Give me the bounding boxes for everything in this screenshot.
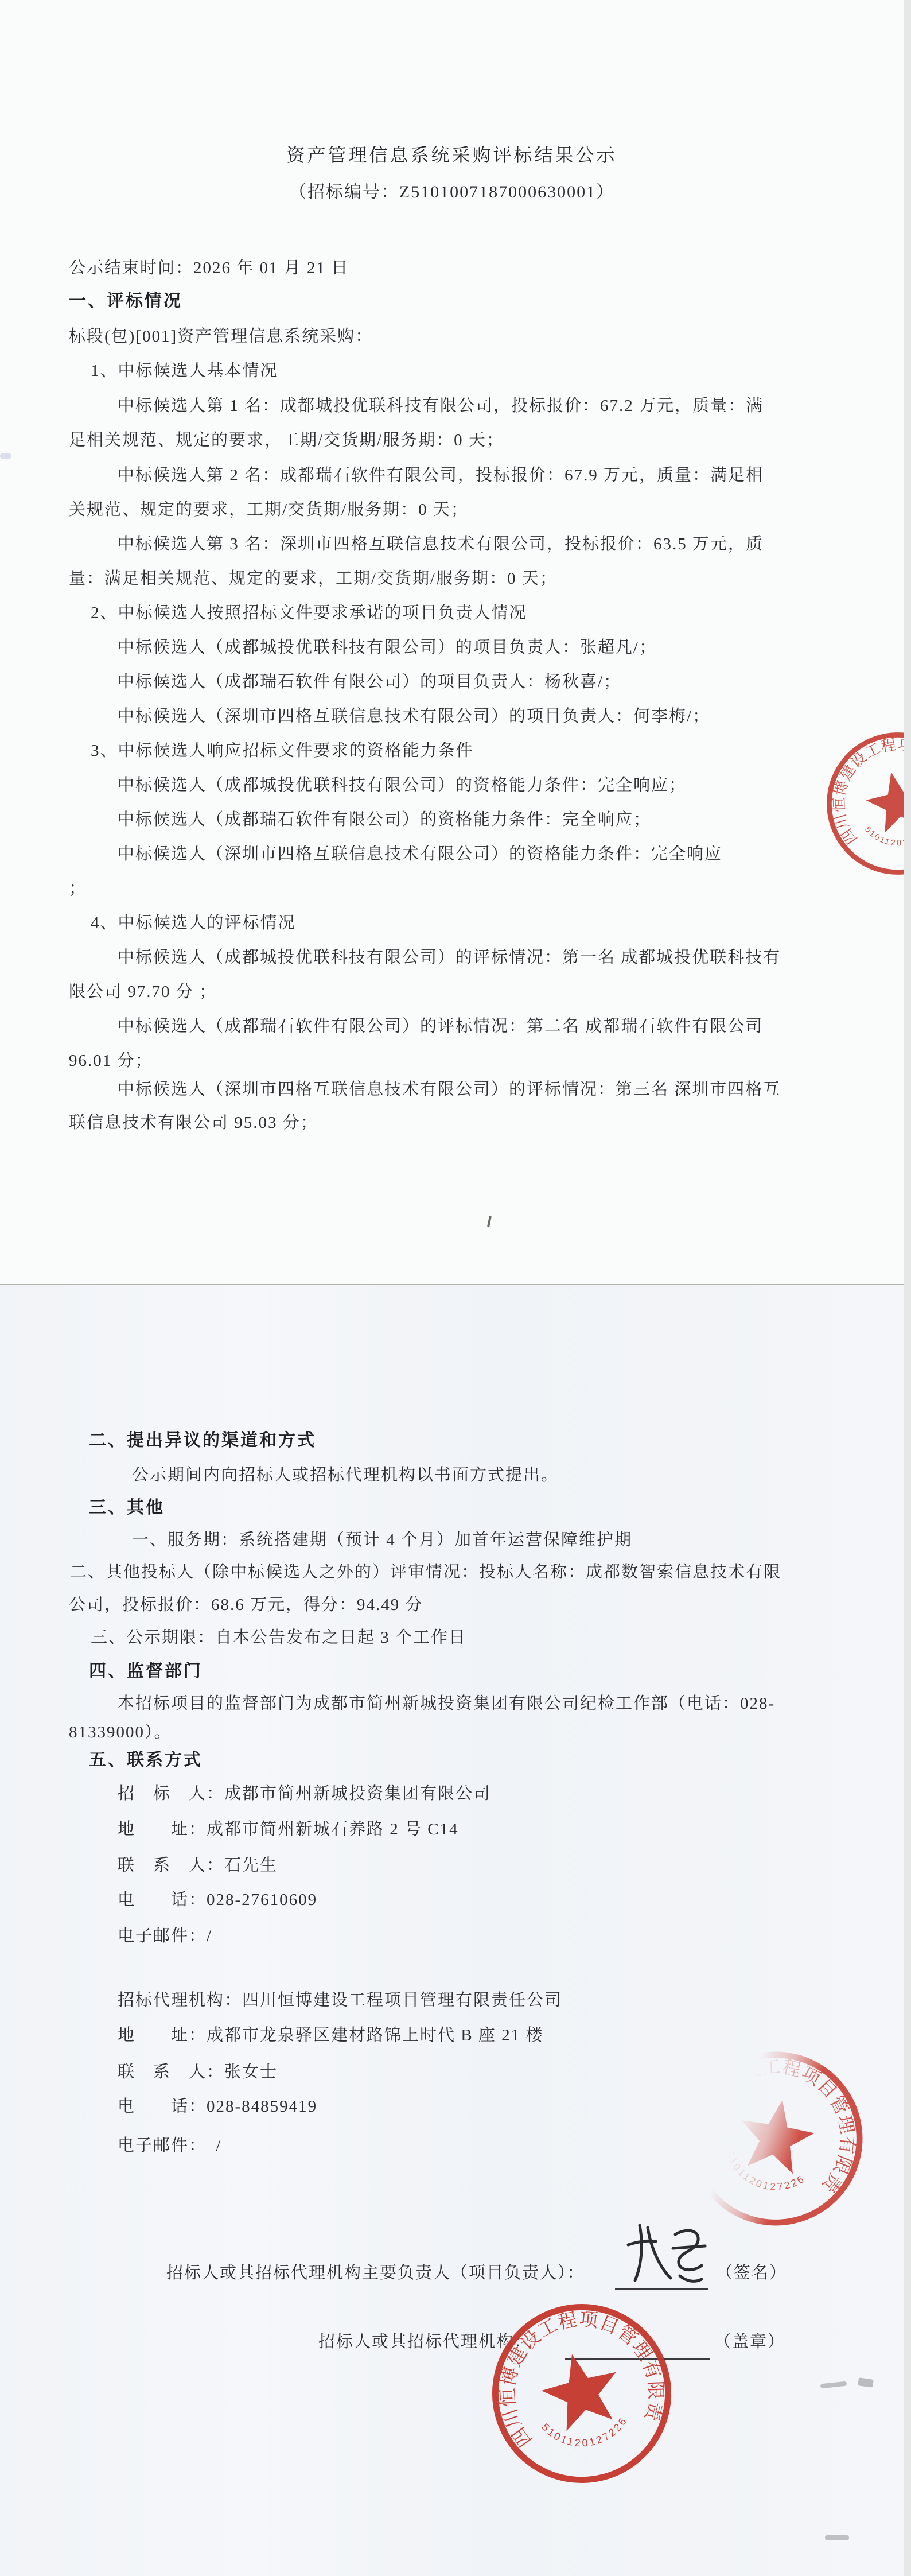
project-manager-2: 中标候选人（成都瑞石软件有限公司）的项目负责人：杨秋喜/； (118, 665, 621, 699)
other-item-2-line-1: 二、其他投标人（除中标候选人之外的）评审情况：投标人名称：成都数智索信息技术有限 (70, 1555, 781, 1589)
doc-title: 资产管理信息系统采购评标结果公示 (0, 138, 904, 172)
scan-speck (820, 2381, 847, 2389)
scan-smudge (0, 453, 11, 459)
candidate-1-line-1: 中标候选人第 1 名：成都城投优联科技有限公司，投标报价：67.2 万元，质量：… (118, 389, 764, 423)
other-item-1: 一、服务期：系统搭建期（预计 4 个月）加首年运营保障维护期 (132, 1523, 632, 1557)
evaluation-3-line-2: 联信息技术有限公司 95.03 分； (69, 1105, 318, 1140)
svg-text:5101120127226: 5101120127226 (538, 2402, 634, 2459)
publicity-end-time: 公示结束时间：2026 年 01 月 21 日 (69, 251, 349, 285)
scan-speck (825, 2535, 849, 2540)
evaluation-1-line-1: 中标候选人（成都城投优联科技有限公司）的评标情况：第一名 成都城投优联科技有 (118, 940, 781, 975)
other-item-2-line-2: 公司，投标报价：68.6 万元，得分：94.49 分 (69, 1588, 423, 1622)
seal-suffix: （盖章） (714, 2325, 785, 2359)
project-manager-1: 中标候选人（成都城投优联科技有限公司）的项目负责人：张超凡/； (118, 630, 657, 665)
company-seal-graphic: 四川恒博建设工程项目管理有限责任公司 5101120127226 (806, 712, 904, 895)
agency-phone: 电 话：028-84859419 (118, 2089, 317, 2124)
project-manager-3: 中标候选人（深圳市四格互联信息技术有限公司）的项目负责人：何李梅/； (118, 699, 710, 734)
evaluation-2-line-1: 中标候选人（成都瑞石软件有限公司）的评标情况：第二名 成都瑞石软件有限公司 (118, 1009, 763, 1043)
tenderer-email: 电子邮件：/ (118, 1919, 212, 1953)
evaluation-3-line-1: 中标候选人（深圳市四格互联信息技术有限公司）的评标情况：第三名 深圳市四格互 (118, 1072, 781, 1107)
section-4-heading: 四、监督部门 (89, 1654, 203, 1689)
tender-number: （招标编号：Z5101007187000630001） (0, 175, 904, 210)
sub-1-heading: 1、中标候选人基本情况 (91, 354, 278, 388)
qualification-2: 中标候选人（成都瑞石软件有限公司）的资格能力条件：完全响应； (118, 802, 651, 837)
supervision-body-line-1: 本招标项目的监督部门为成都市简州新城投资集团有限公司纪检工作部（电话：028- (118, 1686, 775, 1721)
seal-star-icon (861, 766, 904, 835)
section-1-heading: 一、评标情况 (69, 284, 182, 319)
sub-2-heading: 2、中标候选人按照招标文件要求承诺的项目负责人情况 (91, 596, 527, 630)
section-2-body: 公示期间内向招标人或招标代理机构以书面方式提出。 (132, 1458, 559, 1492)
lot-line: 标段(包)[001]资产管理信息系统采购： (69, 319, 373, 354)
section-2-heading: 二、提出异议的渠道和方式 (89, 1423, 316, 1458)
qualification-1: 中标候选人（成都城投优联科技有限公司）的资格能力条件：完全响应； (118, 768, 687, 802)
sign-line-label: 招标人或其招标代理机构主要负责人（项目负责人）： (166, 2256, 585, 2290)
company-seal-page2-faded: 四川恒博建设工程项目管理有限责任公司 5101120127226 (666, 2029, 885, 2248)
candidate-2-line-2: 关规范、规定的要求，工期/交货期/服务期：0 天； (69, 492, 469, 527)
agency-email: 电子邮件： / (118, 2128, 222, 2163)
tenderer-address: 地 址：成都市简州新城石养路 2 号 C14 (118, 1812, 459, 1846)
agency-address: 地 址：成都市龙泉驿区建材路锦上时代 B 座 21 楼 (118, 2018, 543, 2053)
scan-speck (487, 1216, 492, 1227)
evaluation-1-line-2: 限公司 97.70 分 ； (69, 975, 217, 1009)
other-item-3: 三、公示期限：自本公告发布之日起 3 个工作日 (91, 1620, 466, 1655)
company-seal-graphic: 四川恒博建设工程项目管理有限责任公司 5101120127226 (464, 2275, 700, 2512)
sign-suffix: （签名） (716, 2256, 787, 2290)
seal-star-icon (733, 2093, 819, 2176)
tenderer-name: 招 标 人：成都市简州新城投资集团有限公司 (118, 1776, 491, 1811)
scanner-edge-strip (904, 0, 911, 2576)
section-5-heading: 五、联系方式 (89, 1743, 203, 1778)
tenderer-contact: 联 系 人：石先生 (118, 1848, 278, 1883)
candidate-3-line-2: 量：满足相关规范、规定的要求，工期/交货期/服务期：0 天； (69, 561, 558, 596)
scanned-document: 资产管理信息系统采购评标结果公示 （招标编号：Z5101007187000630… (0, 0, 911, 2576)
sub-3-heading: 3、中标候选人响应招标文件要求的资格能力条件 (91, 734, 474, 768)
seal-star-icon (535, 2345, 627, 2434)
page-separator (0, 1284, 904, 1285)
agency-name: 招标代理机构：四川恒博建设工程项目管理有限责任公司 (118, 1983, 562, 2018)
page-2: 二、提出异议的渠道和方式 公示期间内向招标人或招标代理机构以书面方式提出。 三、… (0, 1285, 904, 2576)
sub-4-heading: 4、中标候选人的评标情况 (91, 906, 296, 940)
company-seal-graphic: 四川恒博建设工程项目管理有限责任公司 5101120127226 (666, 2029, 885, 2248)
section-3-heading: 三、其他 (89, 1491, 165, 1525)
agency-contact: 联 系 人：张女士 (118, 2055, 278, 2089)
scan-speck (858, 2377, 874, 2387)
company-seal-page1-partial: 四川恒博建设工程项目管理有限责任公司 5101120127226 (806, 712, 904, 895)
candidate-1-line-2: 足相关规范、规定的要求，工期/交货期/服务期：0 天； (69, 423, 504, 457)
seal-serial-text: 5101120127226 (538, 2402, 634, 2459)
company-seal-main: 四川恒博建设工程项目管理有限责任公司 5101120127226 (464, 2275, 700, 2512)
candidate-2-line-1: 中标候选人第 2 名：成都瑞石软件有限公司，投标报价：67.9 万元，质量：满足… (118, 458, 764, 492)
candidate-3-line-1: 中标候选人第 3 名：深圳市四格互联信息技术有限公司，投标报价：63.5 万元，… (118, 527, 764, 561)
page-1: 资产管理信息系统采购评标结果公示 （招标编号：Z5101007187000630… (0, 0, 904, 1284)
tenderer-phone: 电 话：028-27610609 (118, 1883, 317, 1917)
qualification-3-tail: ； (69, 871, 87, 906)
qualification-3: 中标候选人（深圳市四格互联信息技术有限公司）的资格能力条件：完全响应 (118, 837, 722, 871)
